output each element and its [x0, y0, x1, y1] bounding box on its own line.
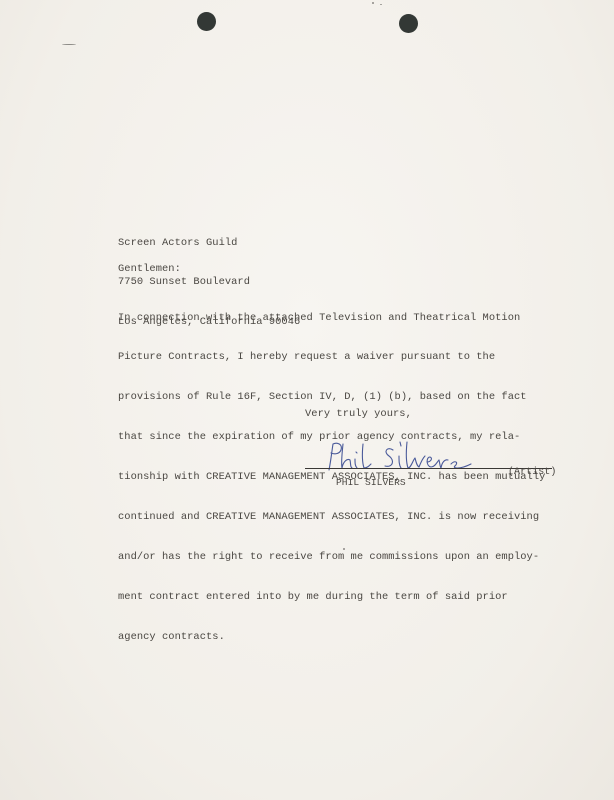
- punch-hole-left: [197, 12, 216, 31]
- letter-page: Screen Actors Guild 7750 Sunset Boulevar…: [0, 0, 614, 800]
- body-line: In connection with the attached Televisi…: [118, 312, 545, 325]
- closing: Very truly yours,: [305, 408, 412, 421]
- body-line: agency contracts.: [118, 631, 545, 644]
- body-line: tionship with CREATIVE MANAGEMENT ASSOCI…: [118, 471, 545, 484]
- printed-name: PHIL SILVERS: [336, 476, 406, 489]
- body-line: continued and CREATIVE MANAGEMENT ASSOCI…: [118, 511, 545, 524]
- punch-hole-right: [399, 14, 418, 33]
- body-line: provisions of Rule 16F, Section IV, D, (…: [118, 391, 545, 404]
- body-line: ment contract entered into by me during …: [118, 591, 545, 604]
- paper-speck: [380, 4, 382, 5]
- body-line: and/or has the right to receive from me …: [118, 551, 545, 564]
- signer-role-label: (Artist): [508, 466, 556, 479]
- paper-mark: [62, 44, 76, 45]
- paper-speck: [372, 2, 374, 4]
- body-line: Picture Contracts, I hereby request a wa…: [118, 351, 545, 364]
- letter-body: In connection with the attached Televisi…: [118, 285, 545, 671]
- address-line: Screen Actors Guild: [118, 237, 300, 250]
- salutation: Gentlemen:: [118, 263, 181, 276]
